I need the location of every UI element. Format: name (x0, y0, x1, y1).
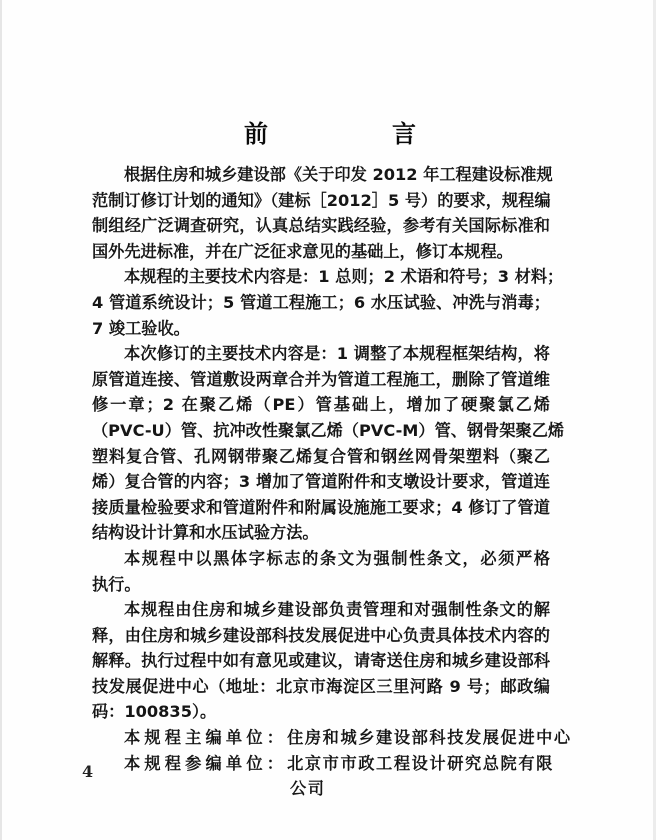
paragraph-administration: 本规程由住房和城乡建设部负责管理和对强制性条文的解 释，由住房和城乡建设部科技发… (92, 597, 550, 725)
text-line: 解释。执行过程中如有意见或建议，请寄送住房和城乡建设部科 (92, 648, 550, 674)
text-line: 执行。 (92, 572, 550, 598)
text-line: 本规程由住房和城乡建设部负责管理和对强制性条文的解 (92, 597, 550, 623)
paragraph-main-contents: 本规程的主要技术内容是：1 总则；2 术语和符号；3 材料； 4 管道系统设计；… (92, 264, 550, 341)
paragraph-revision-basis: 根据住房和城乡建设部《关于印发 2012 年工程建设标准规 范制订修订计划的通知… (92, 162, 550, 264)
text-line: 本规程的主要技术内容是：1 总则；2 术语和符号；3 材料； (92, 264, 550, 290)
chief-editor-unit: 本规程主编单位： 住房和城乡建设部科技发展促进中心 (124, 725, 550, 751)
text-line: 国外先进标准，并在广泛征求意见的基础上，修订本规程。 (92, 239, 550, 265)
text-line: 本规程中以黑体字标志的条文为强制性条文，必须严格 (92, 546, 550, 572)
text-line: 制组经广泛调查研究，认真总结实践经验，参考有关国际标准和 (92, 213, 550, 239)
text-line: 原管道连接、管道敷设两章合并为管道工程施工，删除了管道维 (92, 367, 550, 393)
unit-value: 公司 (290, 776, 550, 802)
text-line: 本次修订的主要技术内容是：1 调整了本规程框架结构，将 (92, 341, 550, 367)
text-line: 结构设计计算和水压试验方法。 (92, 520, 550, 546)
unit-value: 住房和城乡建设部科技发展促进中心 (287, 725, 572, 751)
document-page: 前 言 根据住房和城乡建设部《关于印发 2012 年工程建设标准规 范制订修订计… (0, 0, 656, 840)
participating-editor-unit: 本规程参编单位： 北京市市政工程设计研究总院有限 (124, 751, 550, 777)
text-line: 释，由住房和城乡建设部科技发展促进中心负责具体技术内容的 (92, 623, 550, 649)
text-line: 烯）复合管的内容；3 增加了管道附件和支墩设计要求，管道连 (92, 469, 550, 495)
text-line: 范制订修订计划的通知》（建标［2012］5 号）的要求，规程编 (92, 188, 550, 214)
text-line: 4 管道系统设计；5 管道工程施工；6 水压试验、冲洗与消毒； (92, 290, 550, 316)
participating-editor-unit-continued: 公司 (124, 776, 550, 802)
unit-value: 北京市市政工程设计研究总院有限 (287, 751, 554, 777)
text-line: 接质量检验要求和管道附件和附属设施施工要求；4 修订了管道 (92, 495, 550, 521)
text-line: 根据住房和城乡建设部《关于印发 2012 年工程建设标准规 (92, 162, 550, 188)
paragraph-revision-contents: 本次修订的主要技术内容是：1 调整了本规程框架结构，将 原管道连接、管道敷设两章… (92, 341, 550, 546)
paragraph-mandatory-clauses: 本规程中以黑体字标志的条文为强制性条文，必须严格 执行。 (92, 546, 550, 597)
page-number: 4 (82, 762, 93, 781)
preface-body: 根据住房和城乡建设部《关于印发 2012 年工程建设标准规 范制订修订计划的通知… (92, 162, 550, 802)
text-line: 7 竣工验收。 (92, 316, 550, 342)
page-title: 前 言 (2, 114, 656, 149)
unit-label: 本规程参编单位： (124, 751, 287, 777)
unit-label-spacer (124, 776, 290, 802)
text-line: 技发展促进中心（地址：北京市海淀区三里河路 9 号；邮政编 (92, 674, 550, 700)
unit-label: 本规程主编单位： (124, 725, 287, 751)
text-line: 码：100835）。 (92, 699, 550, 725)
text-line: 塑料复合管、孔网钢带聚乙烯复合管和钢丝网骨架塑料（聚乙 (92, 444, 550, 470)
text-line: 修一章；2 在聚乙烯（PE）管基础上，增加了硬聚氯乙烯 (92, 392, 550, 418)
text-line: （PVC-U）管、抗冲改性聚氯乙烯（PVC-M）管、钢骨架聚乙烯 (92, 418, 550, 444)
